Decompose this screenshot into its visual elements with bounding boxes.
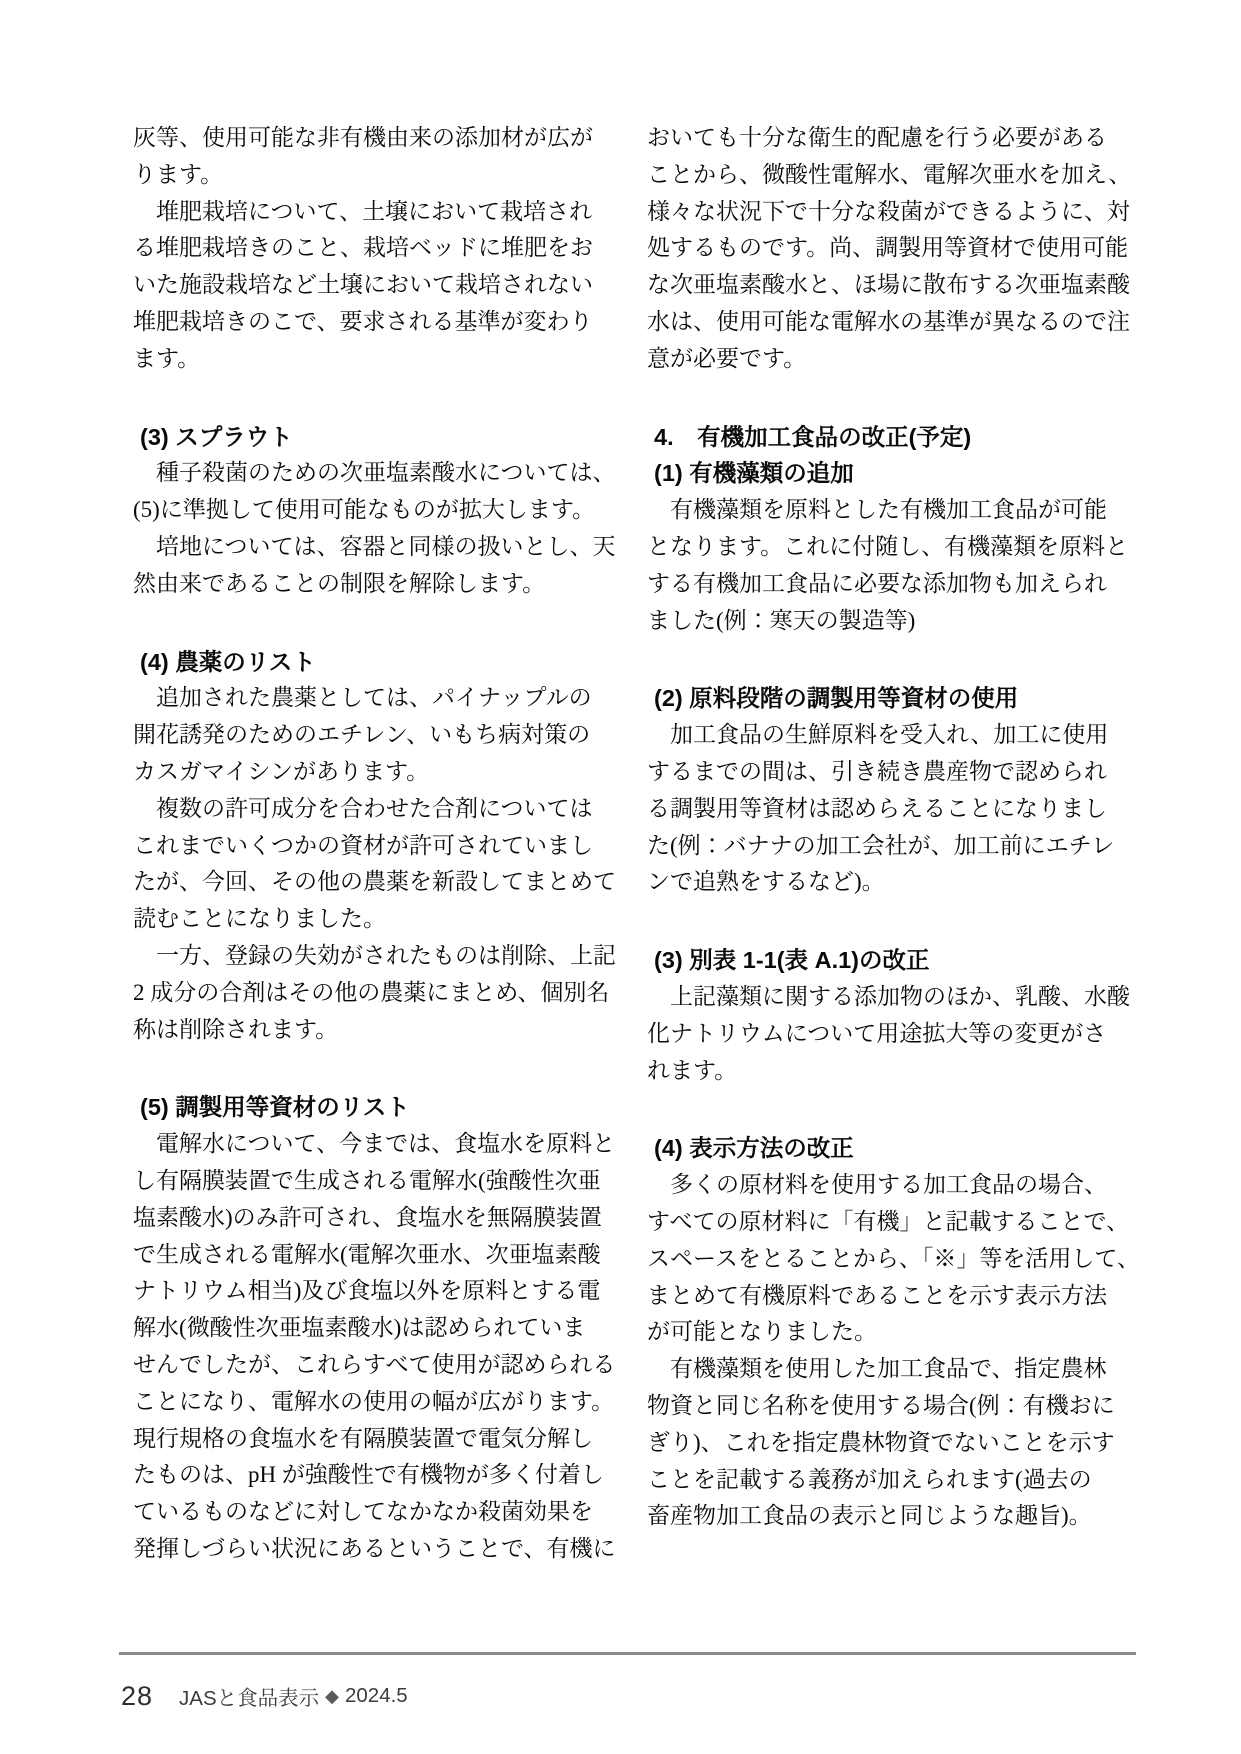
text-line: (4) 農薬のリスト [140,644,607,681]
paragraph: 有機藻類を使用した加工食品で、指定農林物資と同じ名称を使用する場合(例：有機おに… [647,1351,1121,1535]
text-line: ているものなどに対してなかなか殺菌効果を [133,1494,607,1531]
text-line: する有機加工食品に必要な添加物も加えられ [647,566,1121,603]
paragraph: 上記藻類に関する添加物のほか、乳酸、水酸化ナトリウムについて用途拡大等の変更がさ… [647,979,1121,1089]
paragraph: 複数の許可成分を合わせた合剤についてはこれまでいくつかの資材が許可されていました… [133,791,607,938]
text-line: ります。 [133,157,607,194]
text-line: 化ナトリウムについて用途拡大等の変更がさ [647,1016,1121,1053]
text-line: 電解水について、今までは、食塩水を原料と [133,1126,607,1163]
page: 灰等、使用可能な非有機由来の添加材が広がります。 堆肥栽培について、土壌において… [0,0,1241,1754]
text-line: 発揮しづらい状況にあるということで、有機に [133,1531,607,1568]
paragraph: 堆肥栽培について、土壌において栽培される堆肥栽培きのこと、栽培ベッドに堆肥をおい… [133,194,607,378]
left-column: 灰等、使用可能な非有機由来の添加材が広がります。 堆肥栽培について、土壌において… [133,120,607,1568]
paragraph: 電解水について、今までは、食塩水を原料とし有隔膜装置で生成される電解水(強酸性次… [133,1126,607,1568]
text-line: 堆肥栽培について、土壌において栽培され [133,194,607,231]
paragraph: おいても十分な衛生的配慮を行う必要があることから、微酸性電解水、電解次亜水を加え… [647,120,1121,378]
paragraph: 加工食品の生鮮原料を受入れ、加工に使用するまでの間は、引き続き農産物で認められる… [647,717,1121,901]
section-heading: 4. 有機加工食品の改正(予定) [647,419,1121,456]
footer-rule [119,1652,1136,1655]
text-line: たものは、pH が強酸性で有機物が多く付着し [133,1457,607,1494]
text-line: た(例：バナナの加工会社が、加工前にエチレ [647,828,1121,865]
text-line: おいても十分な衛生的配慮を行う必要がある [647,120,1121,157]
text-line: 2 成分の合剤はその他の農薬にまとめ、個別名 [133,975,607,1012]
text-line: 称は削除されます。 [133,1012,607,1049]
journal-title: JASと食品表示 [179,1681,319,1711]
text-line: ナトリウム相当)及び食塩以外を原料とする電 [133,1273,607,1310]
text-line: 様々な状況下で十分な殺菌ができるように、対 [647,194,1121,231]
text-line: いた施設栽培など土壌において栽培されない [133,267,607,304]
text-line: これまでいくつかの資材が許可されていまし [133,828,607,865]
text-line: 上記藻類に関する添加物のほか、乳酸、水酸 [647,979,1121,1016]
text-line: が可能となりました。 [647,1314,1121,1351]
issue-date: 2024.5 [345,1684,408,1708]
text-line: (3) 別表 1-1(表 A.1)の改正 [654,942,1121,979]
section-heading: (2) 原料段階の調製用等資材の使用 [647,680,1121,717]
section-heading: (4) 表示方法の改正 [647,1130,1121,1167]
text-line: ました(例：寒天の製造等) [647,603,1121,640]
text-line: 物資と同じ名称を使用する場合(例：有機おに [647,1388,1121,1425]
text-line: せんでしたが、これらすべて使用が認められる [133,1347,607,1384]
text-line: ことから、微酸性電解水、電解次亜水を加え、 [647,157,1121,194]
text-line: る堆肥栽培きのこと、栽培ベッドに堆肥をお [133,230,607,267]
text-line: まとめて有機原料であることを示す表示方法 [647,1278,1121,1315]
text-line: ぎり)、これを指定農林物資でないことを示す [647,1425,1121,1462]
text-line: ことを記載する義務が加えられます(過去の [647,1462,1121,1499]
text-line: 培地については、容器と同様の扱いとし、天 [133,529,607,566]
text-line: 意が必要です。 [647,341,1121,378]
text-line: 然由来であることの制限を解除します。 [133,566,607,603]
page-footer: 28 JASと食品表示 ◆ 2024.5 [121,1678,408,1714]
text-line: 種子殺菌のための次亜塩素酸水については、 [133,455,607,492]
section-heading: (1) 有機藻類の追加 [647,455,1121,492]
text-line: (5)に準拠して使用可能なものが拡大します。 [133,492,607,529]
text-line: れます。 [647,1053,1121,1090]
text-line: 水は、使用可能な電解水の基準が異なるので注 [647,304,1121,341]
paragraph: 培地については、容器と同様の扱いとし、天然由来であることの制限を解除します。 [133,529,607,603]
text-line: 灰等、使用可能な非有機由来の添加材が広が [133,120,607,157]
paragraph: 一方、登録の失効がされたものは削除、上記2 成分の合剤はその他の農薬にまとめ、個… [133,938,607,1048]
text-line: 複数の許可成分を合わせた合剤については [133,791,607,828]
text-line: 畜産物加工食品の表示と同じような趣旨)。 [647,1498,1121,1535]
text-line: 開花誘発のためのエチレン、いもち病対策の [133,717,607,754]
text-line: る調製用等資材は認めらえることになりまし [647,791,1121,828]
text-line: 4. 有機加工食品の改正(予定) [654,419,1121,456]
paragraph: 追加された農薬としては、パイナップルの開花誘発のためのエチレン、いもち病対策のカ… [133,680,607,790]
text-line: 処するものです。尚、調製用等資材で使用可能 [647,230,1121,267]
paragraph: 有機藻類を原料とした有機加工食品が可能となります。これに付随し、有機藻類を原料と… [647,492,1121,639]
text-line: 有機藻類を原料とした有機加工食品が可能 [647,492,1121,529]
text-line: (4) 表示方法の改正 [654,1130,1121,1167]
text-line: すべての原材料に「有機」と記載することで、 [647,1204,1121,1241]
text-line: (3) スプラウト [140,419,607,456]
text-line: 追加された農薬としては、パイナップルの [133,680,607,717]
section-heading: (4) 農薬のリスト [133,644,607,681]
text-line: な次亜塩素酸水と、ほ場に散布する次亜塩素酸 [647,267,1121,304]
text-line: 塩素酸水)のみ許可され、食塩水を無隔膜装置 [133,1200,607,1237]
text-line: 加工食品の生鮮原料を受入れ、加工に使用 [647,717,1121,754]
text-line: たが、今回、その他の農薬を新設してまとめて [133,864,607,901]
text-line: 多くの原材料を使用する加工食品の場合、 [647,1167,1121,1204]
text-line: (1) 有機藻類の追加 [654,455,1121,492]
text-line: 一方、登録の失効がされたものは削除、上記 [133,938,607,975]
text-line: 堆肥栽培きのこで、要求される基準が変わり [133,304,607,341]
paragraph: 灰等、使用可能な非有機由来の添加材が広がります。 [133,120,607,194]
text-line: 読むことになりました。 [133,901,607,938]
text-line: (5) 調製用等資材のリスト [140,1089,607,1126]
text-line: 有機藻類を使用した加工食品で、指定農林 [647,1351,1121,1388]
text-line: ことになり、電解水の使用の幅が広がります。 [133,1384,607,1421]
section-heading: (3) スプラウト [133,419,607,456]
section-heading: (5) 調製用等資材のリスト [133,1089,607,1126]
text-line: (2) 原料段階の調製用等資材の使用 [654,680,1121,717]
paragraph: 種子殺菌のための次亜塩素酸水については、(5)に準拠して使用可能なものが拡大しま… [133,455,607,529]
text-line: するまでの間は、引き続き農産物で認められ [647,754,1121,791]
section-heading: (3) 別表 1-1(表 A.1)の改正 [647,942,1121,979]
page-number: 28 [121,1681,153,1712]
text-line: スペースをとることから、「※」等を活用して、 [647,1241,1121,1278]
text-line: ンで追熟をするなど)。 [647,864,1121,901]
text-line: で生成される電解水(電解次亜水、次亜塩素酸 [133,1237,607,1274]
paragraph: 多くの原材料を使用する加工食品の場合、すべての原材料に「有機」と記載することで、… [647,1167,1121,1351]
text-line: し有隔膜装置で生成される電解水(強酸性次亜 [133,1163,607,1200]
text-line: 解水(微酸性次亜塩素酸水)は認められていま [133,1310,607,1347]
text-line: ます。 [133,341,607,378]
right-column: おいても十分な衛生的配慮を行う必要があることから、微酸性電解水、電解次亜水を加え… [647,120,1121,1535]
text-line: 現行規格の食塩水を有隔膜装置で電気分解し [133,1421,607,1458]
diamond-icon: ◆ [325,1686,339,1707]
text-line: となります。これに付随し、有機藻類を原料と [647,529,1121,566]
text-line: カスガマイシンがあります。 [133,754,607,791]
